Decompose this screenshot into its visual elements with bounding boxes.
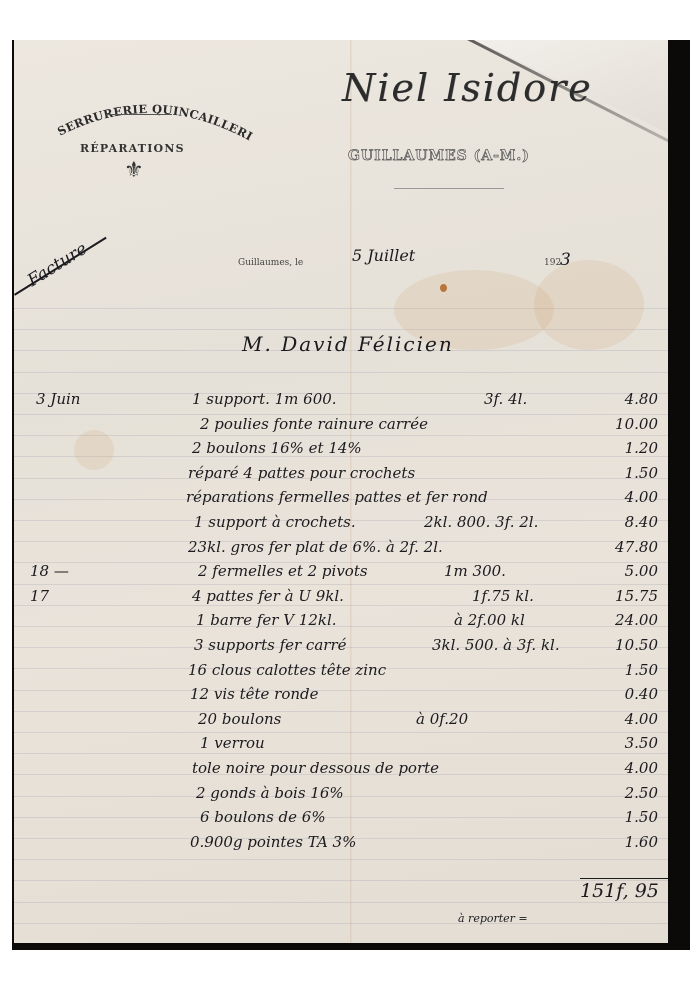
item-amount: 4.00 — [588, 759, 658, 777]
ruled-line — [14, 880, 668, 881]
item-description: 6 boulons de 6% — [200, 808, 326, 826]
item-amount: 8.40 — [588, 513, 658, 531]
margin-note: 3 Juin — [36, 390, 80, 408]
item-description: 23kl. gros fer plat de 6%. à 2f. 2l. — [188, 538, 443, 556]
item-detail: 1f.75 kl. — [472, 587, 534, 605]
item-description: 2 boulons 16% et 14% — [192, 439, 362, 457]
merchant-town: GUILLAUMES (A-M.) — [348, 148, 530, 164]
item-description: 1 support à crochets. — [194, 513, 356, 531]
item-description: réparé 4 pattes pour crochets — [188, 464, 415, 482]
item-detail: 3kl. 500. à 3f. kl. — [432, 636, 560, 654]
merchant-name: Niel Isidore — [342, 66, 593, 110]
ruled-line — [14, 753, 668, 754]
item-amount: 47.80 — [588, 538, 658, 556]
item-amount: 24.00 — [588, 611, 658, 629]
year-handwritten: 3 — [560, 250, 571, 270]
carry-forward-note: à reporter = — [458, 912, 528, 925]
item-amount: 15.75 — [588, 587, 658, 605]
ruled-line — [14, 817, 668, 818]
item-amount: 10.50 — [588, 636, 658, 654]
item-detail: 1m 300. — [444, 562, 506, 580]
ruled-line — [14, 711, 668, 712]
item-description: 1 verrou — [200, 734, 265, 752]
item-description: 12 vis tête ronde — [190, 685, 319, 703]
item-description: 2 poulies fonte rainure carrée — [200, 415, 428, 433]
total-rule — [580, 878, 668, 879]
item-description: tole noire pour dessous de porte — [192, 759, 439, 777]
item-description: réparations fermelles pattes et fer rond — [186, 488, 488, 506]
item-description: 3 supports fer carré — [194, 636, 347, 654]
ruled-line — [14, 902, 668, 903]
stain — [534, 260, 644, 350]
letterhead-divider — [106, 114, 172, 115]
item-description: 0.900g pointes TA 3% — [190, 833, 356, 851]
item-amount: 1.60 — [588, 833, 658, 851]
ruled-line — [14, 393, 668, 394]
ruled-line — [14, 605, 668, 606]
place-label: Guillaumes, le — [238, 258, 303, 268]
item-amount: 0.40 — [588, 685, 658, 703]
date-handwritten: 5 Juillet — [352, 246, 415, 265]
item-description: 1 barre fer V 12kl. — [196, 611, 337, 629]
item-amount: 4.00 — [588, 488, 658, 506]
ruled-line — [14, 732, 668, 733]
ruled-line — [14, 372, 668, 373]
item-description: 4 pattes fer à U 9kl. — [192, 587, 344, 605]
item-detail: à 0f.20 — [416, 710, 468, 728]
margin-note: 17 — [30, 587, 49, 605]
item-detail: à 2f.00 kl — [454, 611, 525, 629]
item-description: 20 boulons — [198, 710, 281, 728]
invoice-paper: SERRURERIE QUINCAILLERIE RÉPARATIONS ⚜ N… — [14, 40, 668, 943]
town-underline — [394, 188, 504, 189]
ruled-line — [14, 435, 668, 436]
item-description: 1 support. 1m 600. — [192, 390, 337, 408]
item-amount: 1.50 — [588, 464, 658, 482]
item-detail: 2kl. 800. 3f. 2l. — [424, 513, 538, 531]
ornament-icon: ⚜ — [124, 158, 144, 183]
item-amount: 3.50 — [588, 734, 658, 752]
ruled-line — [14, 626, 668, 627]
item-amount: 1.50 — [588, 808, 658, 826]
ruled-line — [14, 690, 668, 691]
margin-note: 18 — — [30, 562, 69, 580]
letterhead-services: RÉPARATIONS — [80, 142, 185, 155]
item-amount: 1.20 — [588, 439, 658, 457]
item-description: 16 clous calottes tête zinc — [188, 661, 386, 679]
year-printed: 192 — [544, 258, 561, 268]
stain — [74, 430, 114, 470]
recipient: M. David Félicien — [242, 332, 454, 356]
ruled-line — [14, 584, 668, 585]
item-description: 2 fermelles et 2 pivots — [198, 562, 368, 580]
invoice-total: 151f, 95 — [580, 880, 659, 902]
item-amount: 2.50 — [588, 784, 658, 802]
item-amount: 1.50 — [588, 661, 658, 679]
item-amount: 4.00 — [588, 710, 658, 728]
facture-underline — [14, 237, 107, 296]
ruled-line — [14, 859, 668, 860]
item-description: 2 gonds à bois 16% — [196, 784, 344, 802]
ruled-line — [14, 923, 668, 924]
rust-spot — [440, 284, 447, 292]
item-detail: 3f. 4l. — [484, 390, 527, 408]
item-amount: 10.00 — [588, 415, 658, 433]
item-amount: 4.80 — [588, 390, 658, 408]
svg-text:SERRURERIE QUINCAILLERIE: SERRURERIE QUINCAILLERIE — [47, 81, 255, 144]
item-amount: 5.00 — [588, 562, 658, 580]
